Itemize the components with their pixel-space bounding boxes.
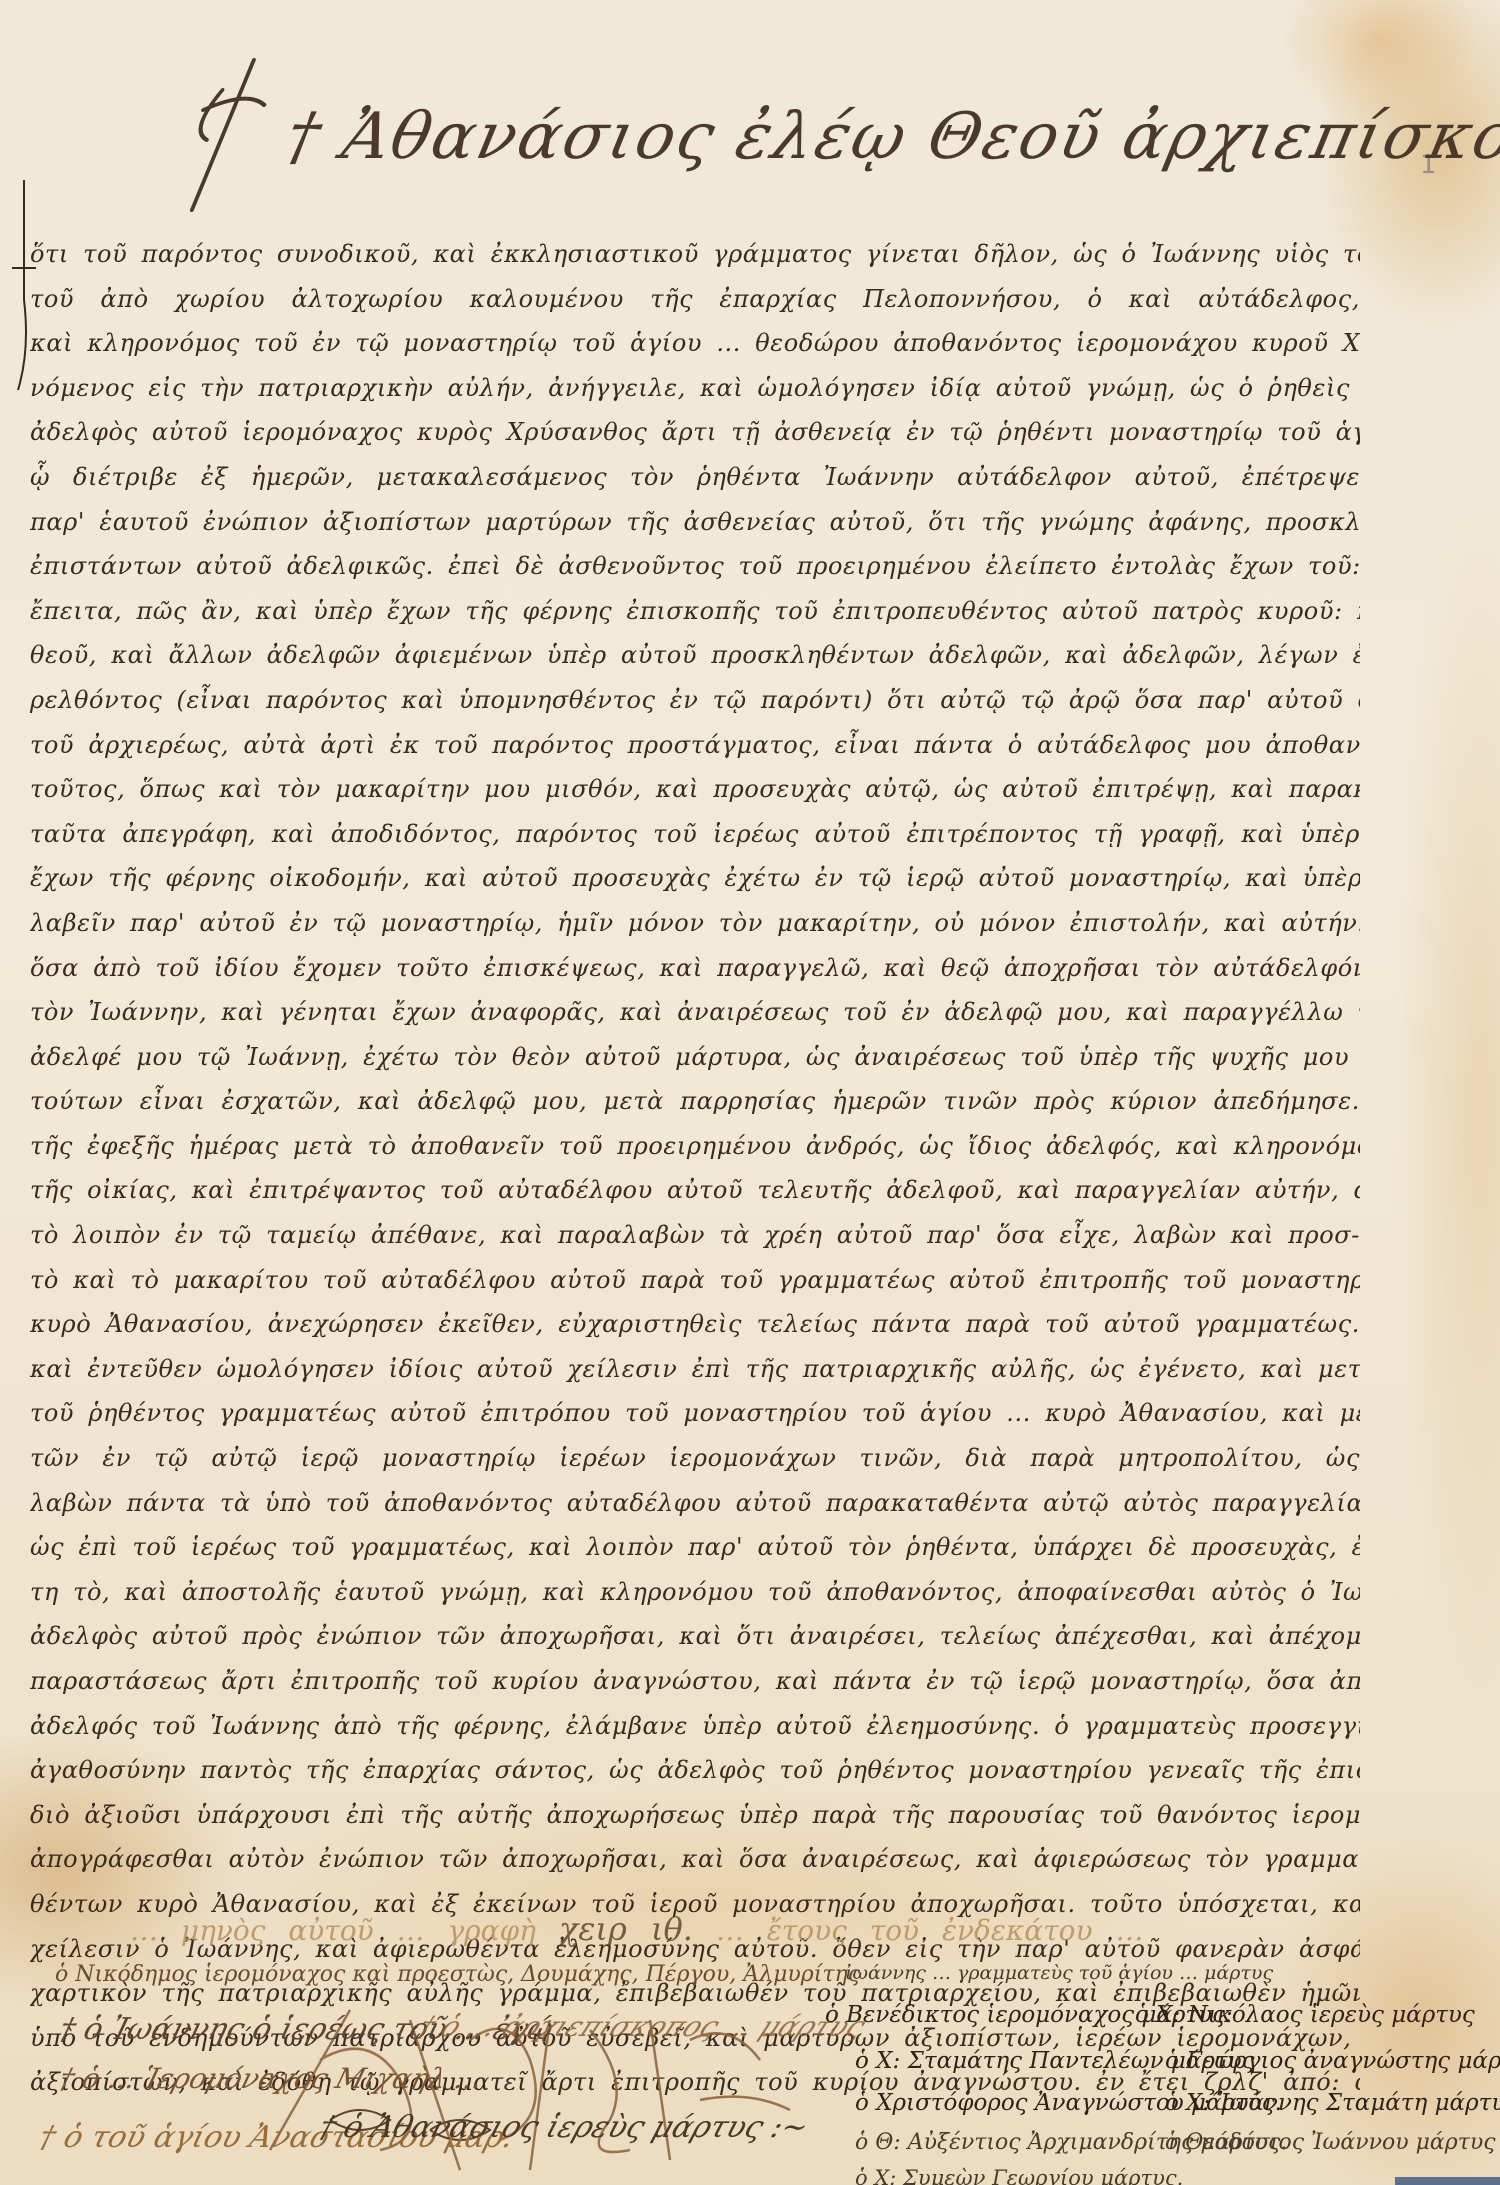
witness-row: ὁ Βενέδικτος ἱερομόναχος μάρτυς: ὁ Χ: Νι… <box>825 2002 1233 2028</box>
signature-athanasios: † ὁ Ἀθανάσιος ἱερεὺς μάρτυς :~ <box>314 2110 813 2145</box>
signature-archbishop: † ὁ ... ἀρχιεπίσκοπος ... μάρτυς <box>412 2010 871 2043</box>
background-edge <box>1395 2177 1500 2185</box>
body-line: τοῦ ῥηθέντος γραμματέως αὐτοῦ ἐπιτρόπου … <box>30 1391 1360 1436</box>
body-line: λαβὼν πάντα τὰ ὑπὸ τοῦ ἀποθανόντος αὐταδ… <box>30 1481 1360 1526</box>
body-line: ἀδελφὸς αὐτοῦ πρὸς ἐνώπιον τῶν ἀποχωρῆσα… <box>30 1614 1360 1659</box>
body-line: διὸ ἀξιοῦσι ὑπάρχουσι ἐπὶ τῆς αὐτῆς ἀποχ… <box>30 1793 1360 1838</box>
body-line: τοῦ ἀπὸ χωρίου ἀλτοχωρίου καλουμένου τῆς… <box>30 277 1360 322</box>
body-line: παρ' ἑαυτοῦ ἐνώπιον ἀξιοπίστων μαρτύρων … <box>30 500 1360 545</box>
body-line: τοῦ ἀρχιερέως, αὐτὰ ἀρτὶ ἐκ τοῦ παρόντος… <box>30 723 1360 768</box>
body-line: ἐπιστάντων αὐτοῦ ἀδελφικῶς. ἐπεὶ δὲ ἀσθε… <box>30 544 1360 589</box>
witness-row: ὁ Χ: Συμεὼν Γεωργίου μάρτυς. <box>855 2166 1183 2185</box>
witnesses-header: ἰωάννης … γραμματεὺς τοῦ ἁγίου … μάρτυς <box>845 1962 1273 1984</box>
body-line: παραστάσεως ἄρτι ἐπιτροπῆς τοῦ κυρίου ἀν… <box>30 1659 1360 1704</box>
body-line: τὸ καὶ τὸ μακαρίτου τοῦ αὐταδέλφου αὐτοῦ… <box>30 1258 1360 1303</box>
body-line: θεοῦ, καὶ ἄλλων ἀδελφῶν ἀφιεμένων ὑπὲρ α… <box>30 633 1360 678</box>
witness-row: ὁ Χ: Σταμάτης Παντελέων μάρτυς ὁ Γεώργιο… <box>855 2048 1254 2074</box>
manuscript-page: 1 † Ἀθανάσιος ἐλέῳ Θεοῦ ἀρχιεπίσκοπος … … <box>0 0 1500 2185</box>
body-line: ἀδελφέ μου τῷ Ἰωάννῃ, ἐχέτω τὸν θεὸν αὐτ… <box>30 1035 1360 1080</box>
witness-row: ὁ Θ: Αὐξέντιος Ἀρχιμανδρίτης μάρτυς. ὁ Θ… <box>855 2130 1287 2155</box>
witness-name: ὁ Χ: Συμεὼν Γεωργίου μάρτυς. <box>855 2166 1183 2185</box>
cross-flourish-icon <box>160 50 286 220</box>
body-line: ἔχων τῆς φέρνης οἰκοδομήν, καὶ αὐτοῦ προ… <box>30 856 1360 901</box>
body-line: τῆς οἰκίας, καὶ ἐπιτρέψαντος τοῦ αὐταδέλ… <box>30 1168 1360 1213</box>
body-line: κυρὸ Ἀθανασίου, ἀνεχώρησεν ἐκεῖθεν, εὐχα… <box>30 1302 1360 1347</box>
faded-date-line: … μηνὸς αὐτοῦ … γραφὴ χειρ ιθ. … ἔτους τ… <box>130 1910 1330 1948</box>
body-line: ἔπειτα, πῶς ἂν, καὶ ὑπὲρ ἔχων τῆς φέρνης… <box>30 589 1360 634</box>
body-line: ὅσα ἀπὸ τοῦ ἰδίου ἔχομεν τοῦτο ἐπισκέψεω… <box>30 946 1360 991</box>
body-line: τούτων εἶναι ἐσχατῶν, καὶ ἀδελφῷ μου, με… <box>30 1079 1360 1124</box>
body-line: τοῦτος, ὅπως καὶ τὸν μακαρίτην μου μισθό… <box>30 767 1360 812</box>
body-line: λαβεῖν παρ' αὐτοῦ ἐν τῷ μοναστηρίῳ, ἡμῖν… <box>30 901 1360 946</box>
body-line: καὶ ἐντεῦθεν ὡμολόγησεν ἰδίοις αὐτοῦ χεί… <box>30 1347 1360 1392</box>
body-line: ἀδελφὸς αὐτοῦ ἱερομόναχος κυρὸς Χρύσανθο… <box>30 410 1360 455</box>
invocation-heading: † Ἀθανάσιος ἐλέῳ Θεοῦ ἀρχιεπίσκοπος … εὐ… <box>182 40 1218 210</box>
body-line: τῆς ἐφεξῆς ἡμέρας μετὰ τὸ ἀποθανεῖν τοῦ … <box>30 1124 1360 1169</box>
heading-text: † Ἀθανάσιος ἐλέῳ Θεοῦ ἀρχιεπίσκοπος … εὐ… <box>280 100 1500 174</box>
witness-name: ὁ Χ: Νικόλαος ἱερεὺς μάρτυς <box>1135 2002 1475 2028</box>
faded-text: … μηνὸς αὐτοῦ <box>130 1914 374 1947</box>
witness-name: ὁ Γεώργιος ἀναγνώστης μάρτυς <box>1165 2048 1500 2074</box>
signature-hieromonk: † ὁ ... Ἱερομόναχος Μιχαὴλ ... <box>56 2062 487 2095</box>
body-line: τῶν ἐν τῷ αὐτῷ ἱερῷ μοναστηρίῳ ἱερέων ἱε… <box>30 1436 1360 1481</box>
body-line: ταῦτα ἀπεγράφη, καὶ ἀποδιδόντος, παρόντο… <box>30 812 1360 857</box>
body-line: ὅτι τοῦ παρόντος συνοδικοῦ, καὶ ἐκκλησια… <box>30 232 1360 277</box>
body-line: ᾧ διέτριβε ἐξ ἡμερῶν, μετακαλεσάμενος τὸ… <box>30 455 1360 500</box>
signature-nikodemos: ὁ Νικόδημος ἱερομόναχος καὶ προεστὼς, Δο… <box>55 1962 860 1987</box>
body-line: ἀδελφός τοῦ Ἰωάννης ἀπὸ τῆς φέρνης, ἐλάμ… <box>30 1704 1360 1749</box>
body-line: ὡς ἐπὶ τοῦ ἱερέως τοῦ γραμματέως, καὶ λο… <box>30 1525 1360 1570</box>
witness-row: ὁ Χριστόφορος Ἀναγνώστου μάρτυς. ὁ Χ: Ἰω… <box>855 2090 1282 2116</box>
body-line: τὸ λοιπὸν ἐν τῷ ταμείῳ ἀπέθανε, καὶ παρα… <box>30 1213 1360 1258</box>
signatures-left-block: ὁ Νικόδημος ἱερομόναχος καὶ προεστὼς, Δο… <box>30 1960 830 2185</box>
witness-name: ὁ Θεοδόσιος Ἰωάννου μάρτυς <box>1165 2130 1496 2155</box>
body-line: ἀγαθοσύνην παντὸς τῆς ἐπαρχίας σάντος, ὡ… <box>30 1748 1360 1793</box>
body-line: καὶ κληρονόμος τοῦ ἐν τῷ μοναστηρίῳ τοῦ … <box>30 321 1360 366</box>
faded-text-dark: χειρ ιθ. <box>559 1910 693 1948</box>
body-line: τη τὸ, καὶ ἀποστολῆς ἑαυτοῦ γνώμῃ, καὶ κ… <box>30 1570 1360 1615</box>
body-line: ρελθόντος (εἶναι παρόντος καὶ ὑπομνησθέν… <box>30 678 1360 723</box>
body-line: ἀπογράφεσθαι αὐτὸν ἐνώπιον τῶν ἀποχωρῆσα… <box>30 1837 1360 1882</box>
witness-name: ὁ Χ: Ἰωάννης Σταμάτη μάρτυς <box>1165 2090 1500 2116</box>
letter-body: ὅτι τοῦ παρόντος συνοδικοῦ, καὶ ἐκκλησια… <box>30 232 1360 2105</box>
body-line: τὸν Ἰωάννην, καὶ γένηται ἔχων ἀναφορᾶς, … <box>30 990 1360 1035</box>
faded-text: … γραφὴ <box>397 1914 536 1947</box>
witnesses-block: ἰωάννης … γραμματεὺς τοῦ ἁγίου … μάρτυς … <box>825 1960 1495 2185</box>
body-line: νόμενος εἰς τὴν πατριαρχικὴν αὐλήν, ἀνήγ… <box>30 366 1360 411</box>
faded-text: … ἔτους τοῦ ἐνδεκάτου … <box>716 1914 1144 1947</box>
